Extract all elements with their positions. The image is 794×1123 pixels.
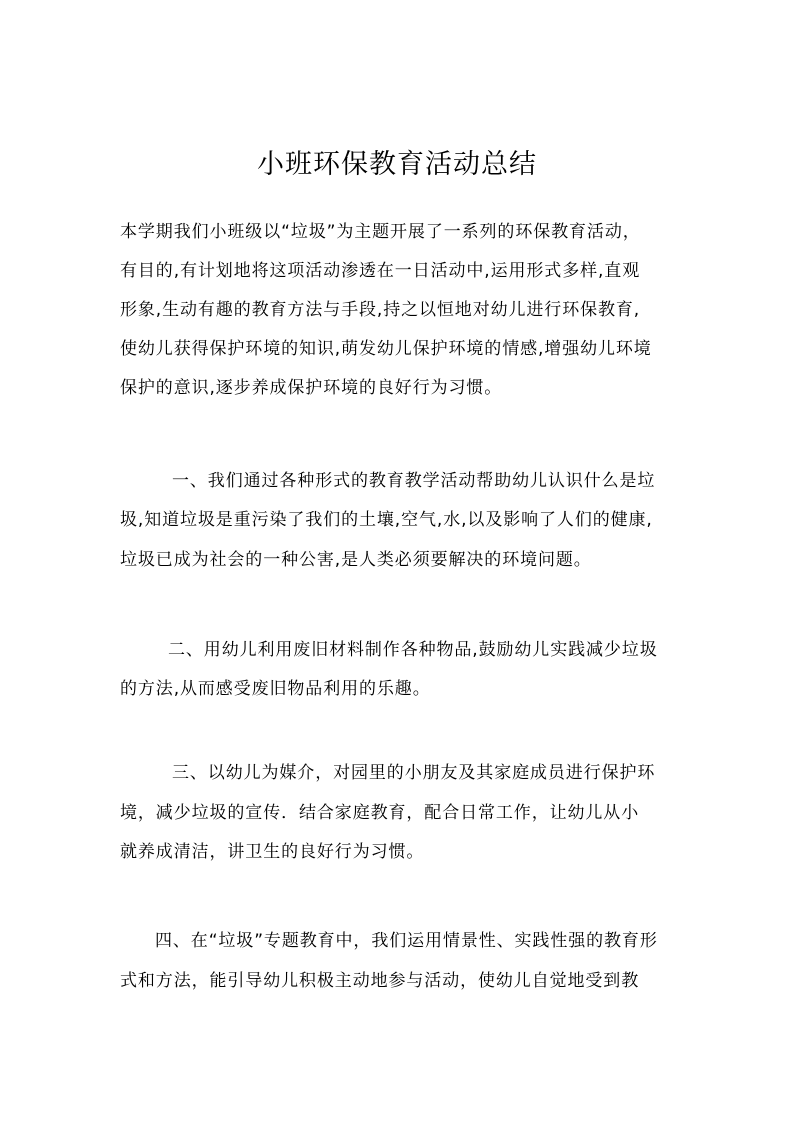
paragraph-line: 一、我们通过各种形式的教育教学活动帮助幼儿认识什么是垃 bbox=[172, 470, 732, 492]
document-title: 小班环保教育活动总结 bbox=[0, 148, 794, 182]
paragraph-line: 四、在“垃圾”专题教育中，我们运用情景性、实践性强的教育形 bbox=[155, 930, 715, 952]
paragraph-line: 圾,知道垃圾是重污染了我们的土壤,空气,水,以及影响了人们的健康, bbox=[120, 509, 680, 531]
document-page: 小班环保教育活动总结 本学期我们小班级以“垃圾”为主题开展了一系列的环保教育活动… bbox=[0, 0, 794, 1123]
paragraph-line: 二、用幼儿利用废旧材料制作各种物品,鼓励幼儿实践减少垃圾 bbox=[168, 639, 728, 661]
paragraph-line: 三、以幼儿为媒介，对园里的小朋友及其家庭成员进行保护环 bbox=[172, 762, 732, 784]
paragraph-line: 垃圾已成为社会的一种公害,是人类必须要解决的环境问题。 bbox=[120, 549, 680, 571]
paragraph-line: 使幼儿获得保护环境的知识,萌发幼儿保护环境的情感,增强幼儿环境 bbox=[120, 338, 680, 360]
paragraph-line: 的方法,从而感受废旧物品利用的乐趣。 bbox=[120, 678, 680, 700]
paragraph-line: 境，减少垃圾的宣传．结合家庭教育，配合日常工作，让幼儿从小 bbox=[120, 802, 680, 824]
paragraph-line: 就养成清洁，讲卫生的良好行为习惯。 bbox=[120, 841, 680, 863]
paragraph-line: 本学期我们小班级以“垃圾”为主题开展了一系列的环保教育活动， bbox=[120, 221, 680, 243]
paragraph-line: 有目的,有计划地将这项活动渗透在一日活动中,运用形式多样,直观 bbox=[120, 260, 680, 282]
paragraph-line: 式和方法，能引导幼儿积极主动地参与活动，使幼儿自觉地受到教 bbox=[120, 970, 680, 992]
paragraph-line: 形象,生动有趣的教育方法与手段,持之以恒地对幼儿进行环保教育, bbox=[120, 299, 680, 321]
paragraph-line: 保护的意识,逐步养成保护环境的良好行为习惯。 bbox=[120, 377, 680, 399]
